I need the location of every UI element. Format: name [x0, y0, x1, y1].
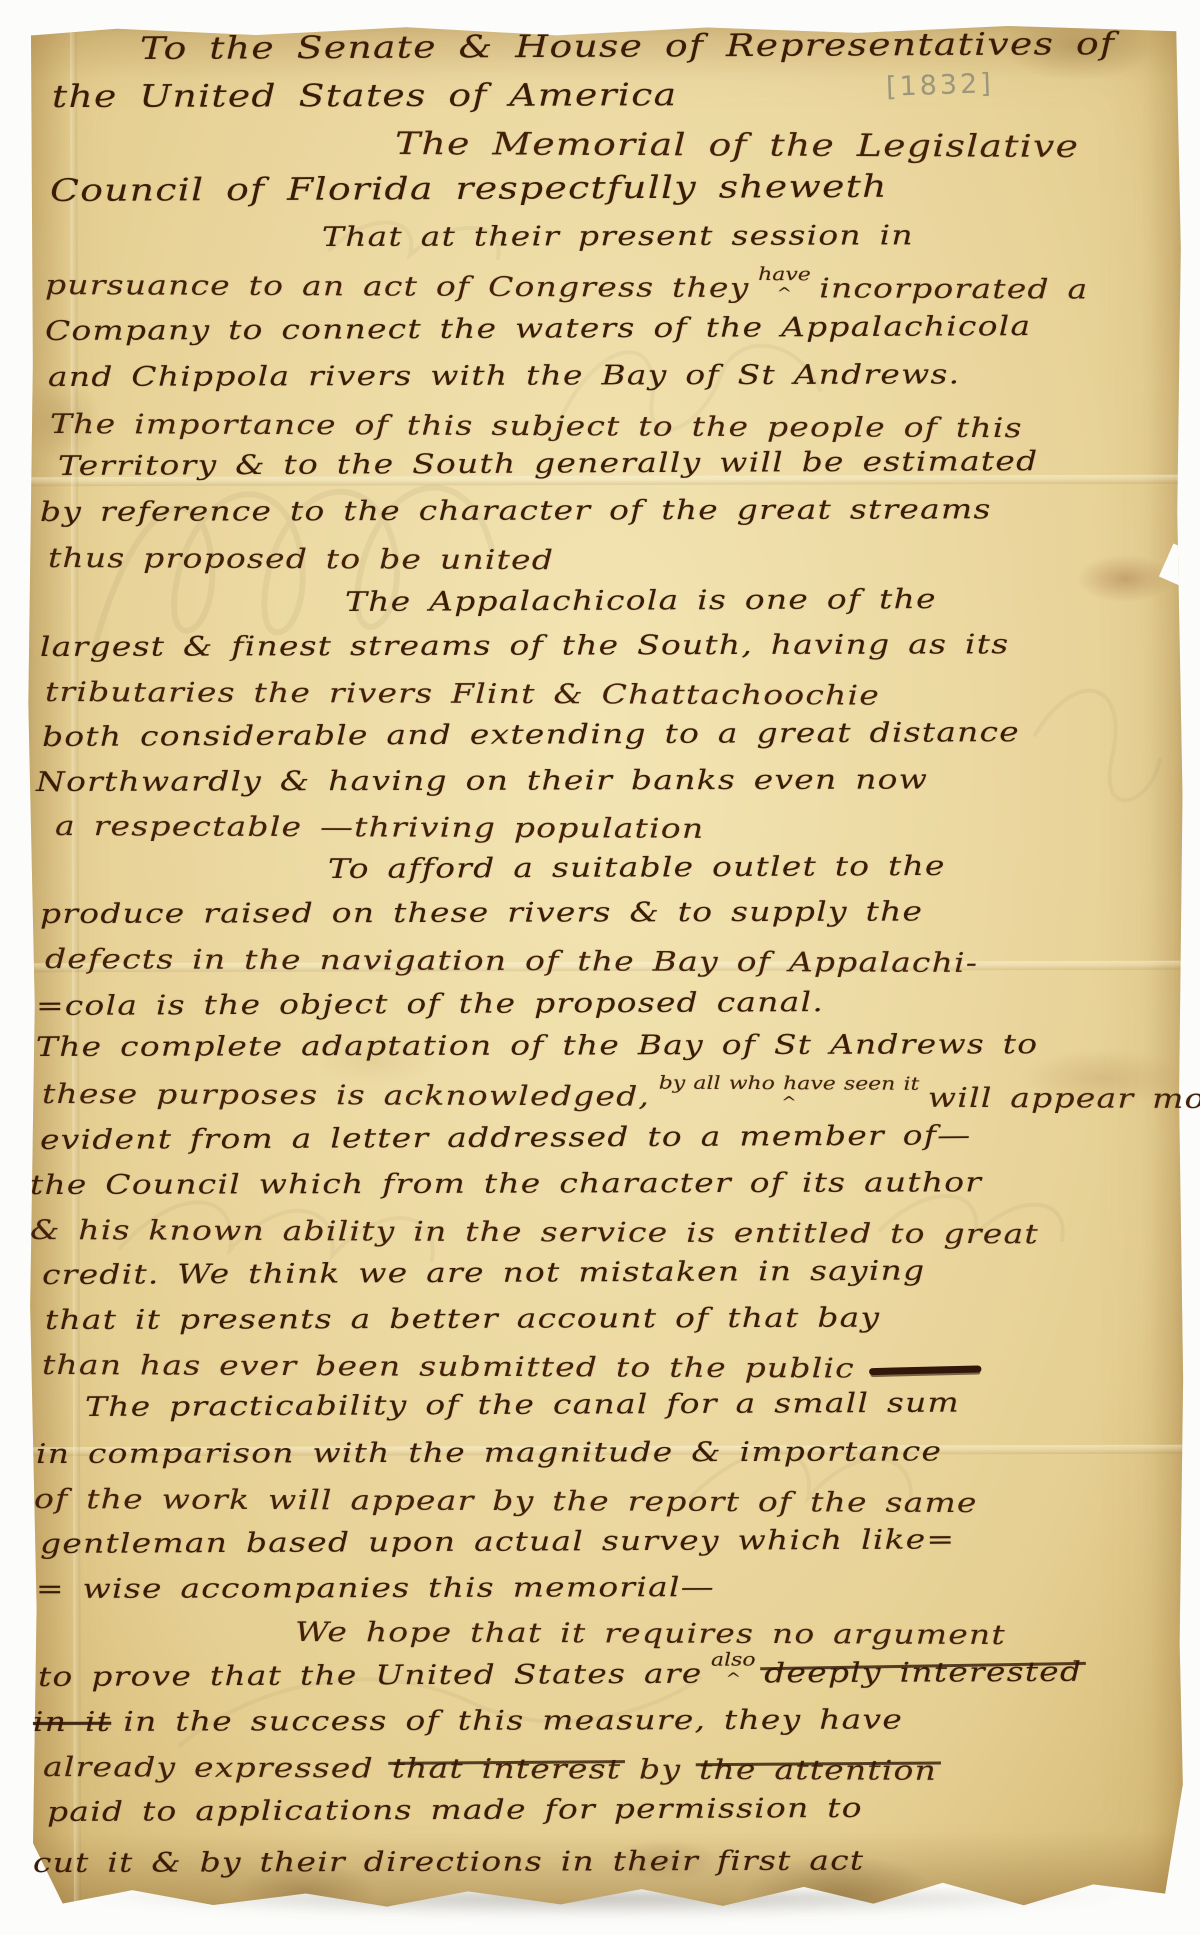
manuscript-line: to prove that the United States arealsod… [38, 1657, 1082, 1693]
manuscript-line: Territory & to the South generally will … [58, 446, 1039, 482]
manuscript-line: tributaries the rivers Flint & Chattacho… [45, 677, 880, 712]
manuscript-line: & his known ability in the service is en… [30, 1215, 1039, 1250]
manuscript-line: than has ever been submitted to the publ… [42, 1350, 982, 1385]
manuscript-line: these purposes is acknowledged,by all wh… [42, 1079, 1200, 1115]
manuscript-line: =cola is the object of the proposed cana… [36, 987, 824, 1022]
manuscript-line: produce raised on these rivers & to supp… [40, 896, 923, 930]
manuscript-line: thus proposed to be united [48, 543, 554, 576]
manuscript-line: To the Senate & House of Representatives… [140, 27, 1115, 68]
manuscript-line: largest & finest streams of the South, h… [40, 629, 1009, 663]
manuscript-line: Company to connect the waters of the App… [45, 311, 1032, 347]
manuscript-line: by reference to the character of the gre… [40, 494, 992, 528]
struck-words: that interest [392, 1753, 622, 1785]
manuscript-line: in itin the success of this measure, the… [33, 1705, 903, 1739]
manuscript-line: The practicability of the canal for a sm… [85, 1388, 960, 1423]
interline-insertion: also [711, 1650, 756, 1671]
manuscript-line: To afford a suitable outlet to the [328, 851, 946, 885]
interline-insertion: have [758, 265, 811, 286]
manuscript-line: a respectable —thriving population [55, 811, 705, 845]
manuscript-line: of the work will appear by the report of… [34, 1484, 978, 1519]
manuscript-line: that it presents a better account of tha… [45, 1303, 880, 1336]
manuscript-line: in comparison with the magnitude & impor… [36, 1436, 942, 1470]
manuscript-line: defects in the navigation of the Bay of … [45, 944, 978, 979]
struck-words: the attention [699, 1755, 937, 1787]
manuscript-line: credit. We think we are not mistaken in … [42, 1256, 926, 1291]
manuscript-line: and Chippola rivers with the Bay of St A… [48, 359, 960, 393]
struck-words: deeply interested [764, 1657, 1082, 1690]
manuscript-line: the United States of America [52, 78, 677, 115]
manuscript-line: pursuance to an act of Congress theyhave… [45, 270, 1089, 306]
ink-scribble [869, 1365, 981, 1375]
scan-stage: [1832] To the Senate & House of Represen… [0, 0, 1200, 1935]
manuscript-line: both considerable and extending to a gre… [42, 717, 1020, 753]
manuscript-line: The importance of this subject to the pe… [50, 409, 1023, 444]
manuscript-line: Northwardly & having on their banks even… [36, 764, 928, 798]
manuscript-line: The Memorial of the Legislative [395, 127, 1079, 166]
manuscript-line: cut it & by their directions in their fi… [33, 1846, 864, 1879]
manuscript-line: paid to applications made for permission… [47, 1793, 863, 1828]
manuscript-line: evident from a letter addressed to a mem… [40, 1120, 972, 1156]
manuscript-line: the Council which from the character of … [30, 1167, 982, 1201]
handwriting-layer: To the Senate & House of Representatives… [0, 0, 1200, 1935]
manuscript-line: The complete adaptation of the Bay of St… [36, 1029, 1038, 1063]
manuscript-line: Council of Florida respectfully sheweth [50, 170, 888, 210]
manuscript-line: The Appalachicola is one of the [345, 584, 937, 618]
manuscript-line: gentleman based upon actual survey which… [40, 1524, 956, 1560]
interline-insertion: by all who have seen it [659, 1074, 920, 1096]
manuscript-line: = wise accompanies this memorial— [36, 1572, 715, 1605]
manuscript-line: We hope that it requires no argument [295, 1617, 1006, 1651]
manuscript-line: already expressed that interest by the a… [43, 1752, 937, 1787]
struck-words: in it [33, 1707, 111, 1738]
manuscript-line: That at their present session in [322, 220, 914, 253]
